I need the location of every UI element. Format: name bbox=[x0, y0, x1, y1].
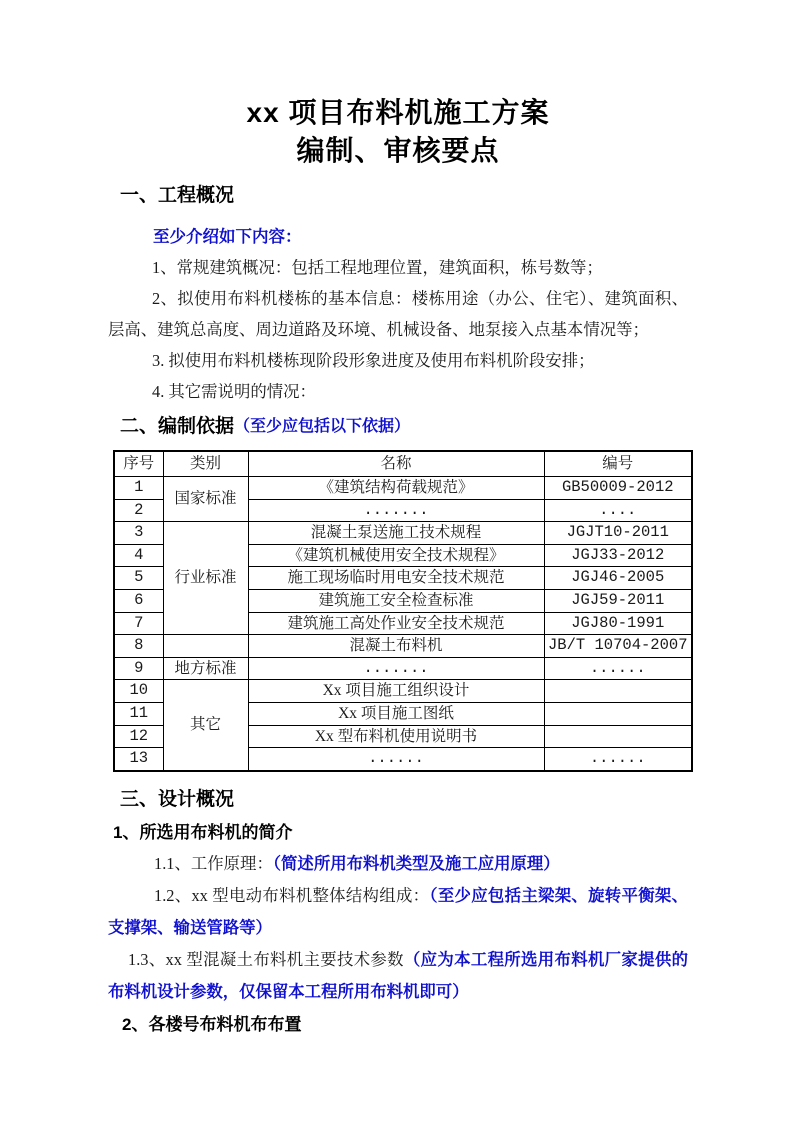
table-cell-seq: 13 bbox=[114, 748, 163, 771]
section1-item-4: 4. 其它需说明的情况： bbox=[108, 376, 688, 407]
table-cell-code: JB/T 10704-2007 bbox=[544, 635, 692, 658]
table-row: 1 国家标准 《建筑结构荷载规范》 GB50009-2012 bbox=[114, 477, 692, 500]
table-cell-name: ....... bbox=[248, 499, 544, 522]
document-title: xx 项目布料机施工方案 编制、审核要点 bbox=[108, 94, 688, 170]
table-cell-code: JGJT10-2011 bbox=[544, 522, 692, 545]
table-header-row: 序号 类别 名称 编号 bbox=[114, 451, 692, 477]
design-item-3-label: 1.3、xx 型混凝土布料机主要技术参数 bbox=[128, 950, 404, 969]
table-cell-name: Xx 型布料机使用说明书 bbox=[248, 725, 544, 748]
design-item-3: 1.3、xx 型混凝土布料机主要技术参数（应为本工程所选用布料机厂家提供的布料机… bbox=[108, 944, 688, 1008]
table-cell-name: 建筑施工安全检查标准 bbox=[248, 589, 544, 612]
table-cell-name: Xx 项目施工图纸 bbox=[248, 702, 544, 725]
table-cell-category-national: 国家标准 bbox=[163, 477, 248, 522]
reference-table: 序号 类别 名称 编号 1 国家标准 《建筑结构荷载规范》 GB50009-20… bbox=[113, 450, 693, 772]
table-header-seq: 序号 bbox=[114, 451, 163, 477]
table-cell-name: 混凝土泵送施工技术规程 bbox=[248, 522, 544, 545]
table-cell-seq: 10 bbox=[114, 680, 163, 703]
section2-heading-text: 二、编制依据 bbox=[120, 416, 234, 437]
section1-item-2: 2、拟使用布料机楼栋的基本信息：楼栋用途（办公、住宅）、建筑面积、层高、建筑总高… bbox=[108, 283, 688, 345]
design-item-1-annotation: （简述所用布料机类型及施工应用原理） bbox=[273, 854, 560, 873]
section3-heading: 三、设计概况 bbox=[120, 786, 688, 814]
table-cell-code: ...... bbox=[544, 748, 692, 771]
table-cell-seq: 7 bbox=[114, 612, 163, 635]
table-cell-code: JGJ59-2011 bbox=[544, 589, 692, 612]
section1-heading: 一、工程概况 bbox=[120, 182, 688, 210]
table-row: 9 地方标准 ....... ...... bbox=[114, 657, 692, 680]
document-page: xx 项目布料机施工方案 编制、审核要点 一、工程概况 至少介绍如下内容： 1、… bbox=[0, 0, 794, 1123]
table-row: 10 其它 Xx 项目施工组织设计 bbox=[114, 680, 692, 703]
table-cell-code: ...... bbox=[544, 657, 692, 680]
table-cell-category-empty bbox=[163, 635, 248, 658]
table-cell-name: 《建筑结构荷载规范》 bbox=[248, 477, 544, 500]
table-cell-code: .... bbox=[544, 499, 692, 522]
section3: 三、设计概况 1、所选用布料机的简介 1.1、工作原理：（简述所用布料机类型及施… bbox=[108, 786, 688, 1040]
table-cell-code bbox=[544, 725, 692, 748]
table-cell-seq: 5 bbox=[114, 567, 163, 590]
table-row: 3 行业标准 混凝土泵送施工技术规程 JGJT10-2011 bbox=[114, 522, 692, 545]
design-item-2: 1.2、xx 型电动布料机整体结构组成：（至少应包括主梁架、旋转平衡架、支撑架、… bbox=[108, 880, 688, 944]
section3-sub1-heading: 1、所选用布料机的简介 bbox=[113, 818, 688, 848]
document-content: xx 项目布料机施工方案 编制、审核要点 一、工程概况 至少介绍如下内容： 1、… bbox=[0, 0, 794, 1040]
document-title-line2: 编制、审核要点 bbox=[108, 132, 688, 170]
section2-heading: 二、编制依据（至少应包括以下依据） bbox=[120, 413, 688, 441]
table-cell-seq: 8 bbox=[114, 635, 163, 658]
design-item-1-label: 1.1、工作原理： bbox=[154, 854, 273, 873]
table-cell-seq: 6 bbox=[114, 589, 163, 612]
section2-heading-annotation: （至少应包括以下依据） bbox=[234, 418, 410, 435]
table-header-code: 编号 bbox=[544, 451, 692, 477]
table-cell-category-industry: 行业标准 bbox=[163, 522, 248, 635]
table-cell-name: 建筑施工高处作业安全技术规范 bbox=[248, 612, 544, 635]
section1-item-3: 3. 拟使用布料机楼栋现阶段形象进度及使用布料机阶段安排； bbox=[108, 345, 688, 376]
table-cell-name: Xx 项目施工组织设计 bbox=[248, 680, 544, 703]
section1-annotation: 至少介绍如下内容： bbox=[153, 222, 688, 252]
section3-sub2-heading: 2、各楼号布料机布布置 bbox=[122, 1010, 688, 1040]
table-cell-category-other: 其它 bbox=[163, 680, 248, 771]
table-cell-code: JGJ80-1991 bbox=[544, 612, 692, 635]
table-cell-code: GB50009-2012 bbox=[544, 477, 692, 500]
table-cell-seq: 1 bbox=[114, 477, 163, 500]
table-cell-name: ...... bbox=[248, 748, 544, 771]
table-header-name: 名称 bbox=[248, 451, 544, 477]
table-cell-seq: 4 bbox=[114, 544, 163, 567]
table-cell-seq: 12 bbox=[114, 725, 163, 748]
table-cell-name: 《建筑机械使用安全技术规程》 bbox=[248, 544, 544, 567]
table-cell-name: ....... bbox=[248, 657, 544, 680]
table-cell-code: JGJ46-2005 bbox=[544, 567, 692, 590]
table-cell-seq: 2 bbox=[114, 499, 163, 522]
design-item-1: 1.1、工作原理：（简述所用布料机类型及施工应用原理） bbox=[108, 848, 688, 880]
table-cell-seq: 3 bbox=[114, 522, 163, 545]
table-cell-name: 混凝土布料机 bbox=[248, 635, 544, 658]
table-header-category: 类别 bbox=[163, 451, 248, 477]
table-row: 8 混凝土布料机 JB/T 10704-2007 bbox=[114, 635, 692, 658]
table-cell-code bbox=[544, 680, 692, 703]
table-cell-category-local: 地方标准 bbox=[163, 657, 248, 680]
document-title-line1: xx 项目布料机施工方案 bbox=[108, 94, 688, 132]
section1-item-1: 1、常规建筑概况：包括工程地理位置，建筑面积，栋号数等； bbox=[108, 252, 688, 283]
design-item-2-label: 1.2、xx 型电动布料机整体结构组成： bbox=[154, 886, 429, 905]
table-cell-code bbox=[544, 702, 692, 725]
table-cell-seq: 9 bbox=[114, 657, 163, 680]
table-cell-code: JGJ33-2012 bbox=[544, 544, 692, 567]
table-cell-seq: 11 bbox=[114, 702, 163, 725]
table-cell-name: 施工现场临时用电安全技术规范 bbox=[248, 567, 544, 590]
